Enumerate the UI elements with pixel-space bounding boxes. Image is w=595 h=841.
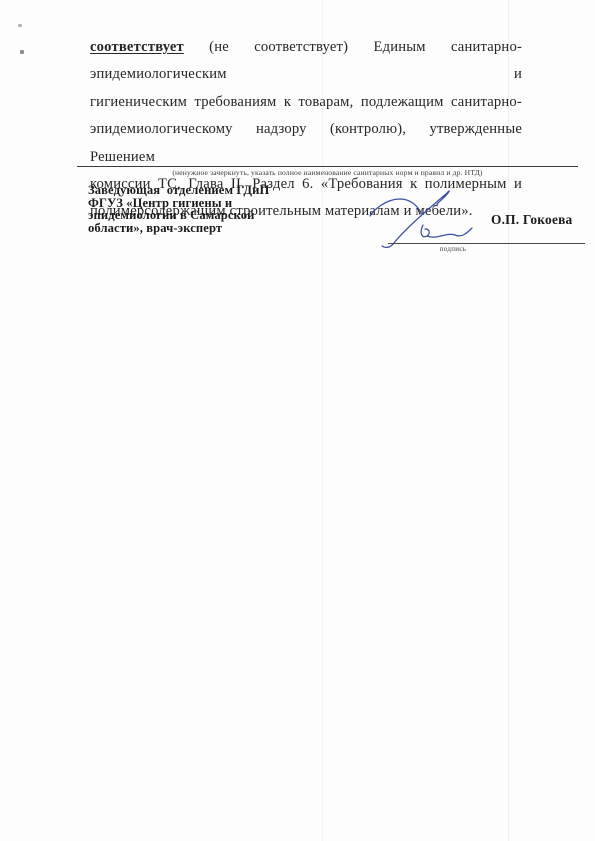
footnote-rule — [77, 166, 578, 167]
signatory-title-line: области», врач-эксперт — [88, 222, 348, 235]
signature-caption: подпись — [388, 245, 518, 253]
conformity-term: соответствует — [90, 39, 184, 55]
signatory-title-line: Заведующая отделением ГДиП — [88, 184, 348, 197]
scan-speck — [18, 24, 22, 27]
conformity-alternative: (не соответствует) — [209, 39, 348, 55]
paragraph-line: гигиеническим требованиям к товарам, под… — [90, 89, 522, 116]
footnote-caption: (ненужное зачеркнуть, указать полное наи… — [77, 168, 578, 177]
expert-name: О.П. Гокоева — [491, 212, 572, 228]
paragraph-line: эпидемиологическому надзору (контролю), … — [90, 116, 522, 171]
signatory-title: Заведующая отделением ГДиП ФГУЗ «Центр г… — [88, 184, 348, 235]
scan-speck — [20, 50, 24, 54]
paragraph-line: соответствует (не соответствует) Единым … — [90, 34, 522, 89]
document-page: соответствует (не соответствует) Единым … — [0, 0, 595, 841]
